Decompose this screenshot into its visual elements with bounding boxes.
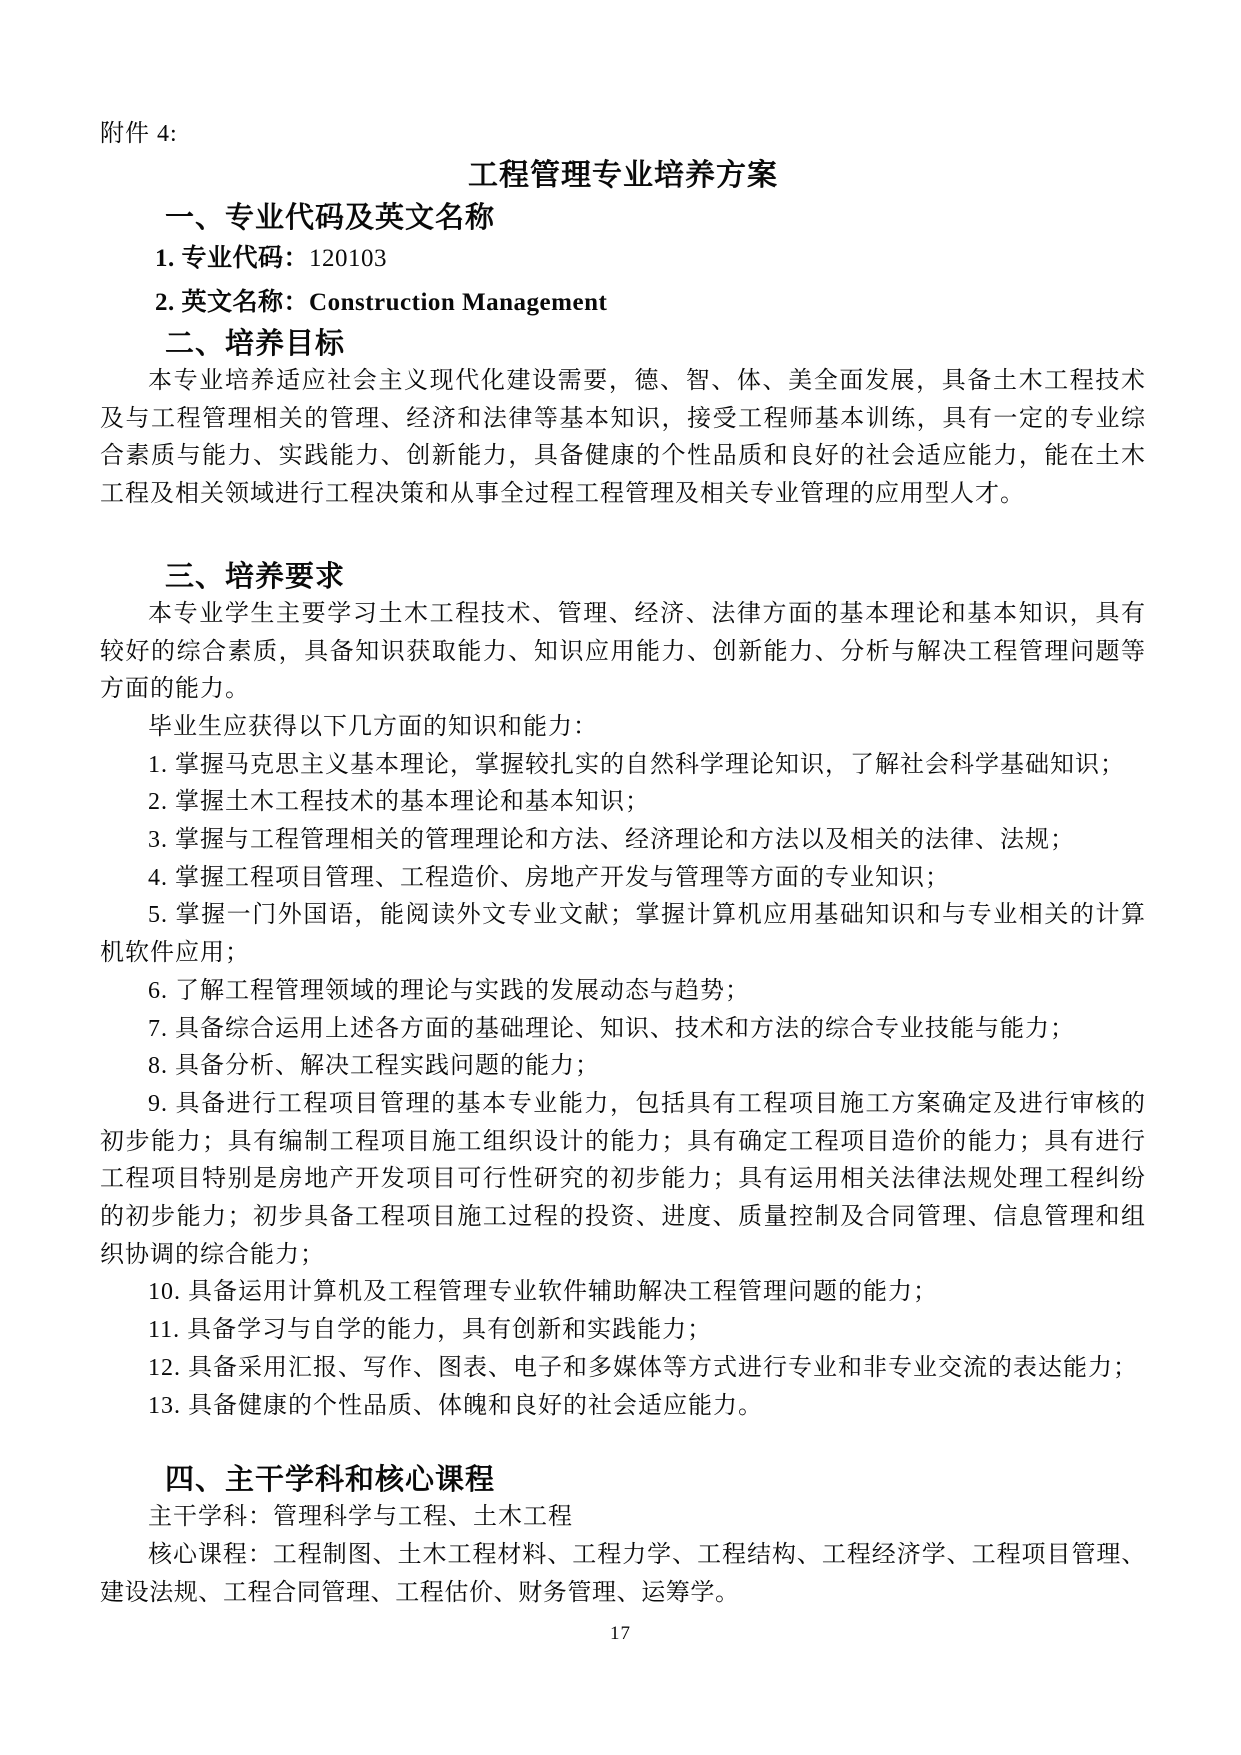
requirement-item-8: 8. 具备分析、解决工程实践问题的能力； bbox=[100, 1048, 1146, 1086]
requirement-item-9: 9. 具备进行工程项目管理的基本专业能力，包括具有工程项目施工方案确定及进行审核… bbox=[100, 1086, 1146, 1275]
requirement-item-1: 1. 掌握马克思主义基本理论，掌握较扎实的自然科学理论知识，了解社会科学基础知识… bbox=[100, 747, 1146, 785]
requirement-item-11: 11. 具备学习与自学的能力，具有创新和实践能力； bbox=[100, 1312, 1146, 1350]
section-heading-1: 一、专业代码及英文名称 bbox=[165, 199, 1146, 237]
english-name-value: Construction Management bbox=[309, 289, 607, 316]
requirement-item-3: 3. 掌握与工程管理相关的管理理论和方法、经济理论和方法以及相关的法律、法规； bbox=[100, 822, 1146, 860]
page-number: 17 bbox=[0, 1622, 1241, 1646]
major-code-line: 1. 专业代码：120103 bbox=[155, 237, 1146, 281]
core-courses-line: 核心课程：工程制图、土木工程材料、工程力学、工程结构、工程经济学、工程项目管理、… bbox=[100, 1537, 1146, 1612]
requirement-item-12: 12. 具备采用汇报、写作、图表、电子和多媒体等方式进行专业和非专业交流的表达能… bbox=[100, 1350, 1146, 1388]
section-heading-2: 二、培养目标 bbox=[165, 325, 1146, 363]
section-heading-4: 四、主干学科和核心课程 bbox=[165, 1461, 1146, 1499]
english-name-line: 2. 英文名称：Construction Management bbox=[155, 281, 1146, 325]
requirement-item-5: 5. 掌握一门外国语，能阅读外文专业文献；掌握计算机应用基础知识和与专业相关的计… bbox=[100, 897, 1146, 972]
training-requirement-paragraph: 本专业学生主要学习土木工程技术、管理、经济、法律方面的基本理论和基本知识，具有较… bbox=[100, 596, 1146, 709]
attachment-label: 附件 4: bbox=[100, 115, 1146, 153]
main-disciplines-line: 主干学科：管理科学与工程、土木工程 bbox=[100, 1499, 1146, 1537]
section-heading-3: 三、培养要求 bbox=[165, 558, 1146, 596]
requirement-item-4: 4. 掌握工程项目管理、工程造价、房地产开发与管理等方面的专业知识； bbox=[100, 860, 1146, 898]
requirement-item-2: 2. 掌握土木工程技术的基本理论和基本知识； bbox=[100, 784, 1146, 822]
requirement-item-7: 7. 具备综合运用上述各方面的基础理论、知识、技术和方法的综合专业技能与能力； bbox=[100, 1011, 1146, 1049]
document-title: 工程管理专业培养方案 bbox=[100, 153, 1146, 199]
requirement-item-13: 13. 具备健康的个性品质、体魄和良好的社会适应能力。 bbox=[100, 1388, 1146, 1426]
requirement-item-10: 10. 具备运用计算机及工程管理专业软件辅助解决工程管理问题的能力； bbox=[100, 1274, 1146, 1312]
major-code-value: 120103 bbox=[309, 245, 387, 272]
training-objective-paragraph: 本专业培养适应社会主义现代化建设需要，德、智、体、美全面发展，具备土木工程技术及… bbox=[100, 363, 1146, 514]
major-code-label: 1. 专业代码： bbox=[155, 245, 309, 272]
graduate-ability-intro: 毕业生应获得以下几方面的知识和能力： bbox=[100, 709, 1146, 747]
requirement-list: 1. 掌握马克思主义基本理论，掌握较扎实的自然科学理论知识，了解社会科学基础知识… bbox=[100, 747, 1146, 1426]
requirement-item-6: 6. 了解工程管理领域的理论与实践的发展动态与趋势； bbox=[100, 973, 1146, 1011]
english-name-label: 2. 英文名称： bbox=[155, 289, 309, 316]
document-page: 附件 4: 工程管理专业培养方案 一、专业代码及英文名称 1. 专业代码：120… bbox=[0, 0, 1241, 1755]
